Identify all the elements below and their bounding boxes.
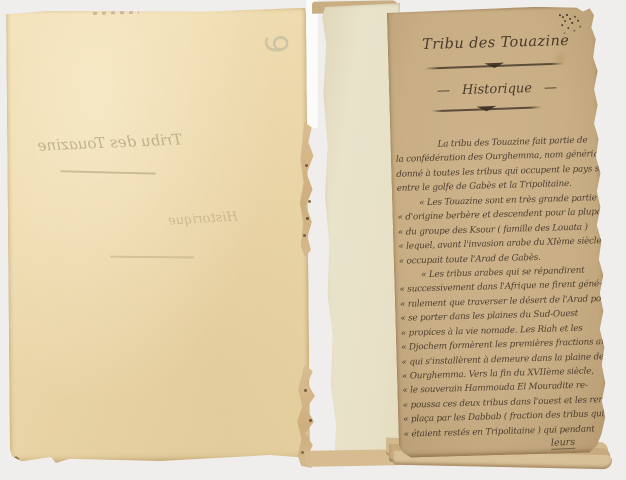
bleedthrough-title: Tribu des Touazine (47, 130, 183, 154)
document-scan: 9 Tribu des Touazine Historique Tribu de… (0, 0, 626, 480)
manuscript-page: Tribu des Touazine — Historique — La tri… (387, 5, 610, 458)
ink-speckles (559, 14, 561, 16)
tear-mark (11, 456, 20, 461)
bleedthrough-subtitle: Historique (159, 209, 246, 229)
pencil-marks (93, 11, 139, 15)
spine-gap-top (306, 0, 318, 128)
spine-ink-spots-upper (305, 164, 308, 167)
catchword: leurs (551, 437, 576, 450)
bleedthrough-underline (60, 170, 155, 174)
subtitle-flourish (431, 103, 541, 115)
left-cover-page: 9 Tribu des Touazine Historique (6, 8, 310, 464)
manuscript-title: Tribu des Touazine (421, 33, 571, 53)
manuscript-body: La tribu des Touazine fait partie de la … (395, 133, 605, 442)
spine-ink-spots-lower (304, 389, 307, 392)
title-flourish (424, 59, 564, 72)
manuscript-subtitle: Historique (462, 81, 532, 98)
subtitle-dash-right: — (544, 80, 557, 95)
page-number: 9 (255, 27, 295, 61)
manuscript-subtitle-row: — Historique — (422, 80, 572, 99)
bleedthrough-flourish-line (110, 256, 194, 259)
subtitle-dash-left: — (437, 83, 450, 98)
